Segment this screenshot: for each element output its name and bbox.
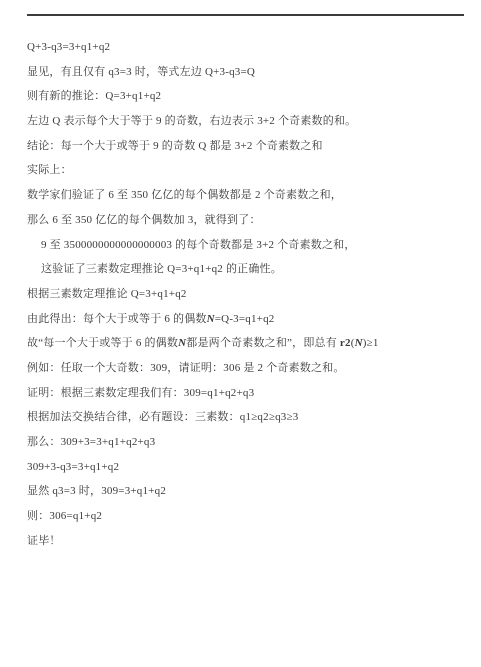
text-segment: 实际上： — [27, 164, 72, 176]
text-segment: 故“每一个大于或等于 6 的偶数 — [27, 337, 178, 349]
text-segment: 309+3-q3=3+q1+q2 — [27, 461, 119, 473]
horizontal-rule — [27, 14, 464, 16]
text-segment: 根据加法交换结合律，必有题设：三素数：q1≥q2≥q3≥3 — [27, 411, 298, 423]
paragraph: 则有新的推论：Q=3+q1+q2 — [27, 89, 467, 103]
paragraph: 证毕！ — [27, 534, 467, 548]
text-segment: 那么 6 至 350 亿亿的每个偶数加 3，就得到了： — [27, 214, 261, 226]
paragraph: 例如：任取一个大奇数：309，请证明：306 是 2 个奇素数之和。 — [27, 361, 467, 375]
document-body: Q+3-q3=3+q1+q2显见，有且仅有 q3=3 时，等式左边 Q+3-q3… — [27, 40, 467, 558]
paragraph: 由此得出：每个大于或等于 6 的偶数N=Q-3=q1+q2 — [27, 312, 467, 326]
paragraph: 那么：309+3=3+q1+q2+q3 — [27, 435, 467, 449]
text-segment: 证毕！ — [27, 535, 61, 547]
text-segment: 这验证了三素数定理推论 Q=3+q1+q2 的正确性。 — [41, 263, 282, 275]
text-segment: 9 至 3500000000000000003 的每个奇数都是 3+2 个奇素数… — [41, 239, 356, 251]
text-segment: =Q-3=q1+q2 — [215, 313, 275, 325]
paragraph: Q+3-q3=3+q1+q2 — [27, 40, 467, 54]
paragraph: 这验证了三素数定理推论 Q=3+q1+q2 的正确性。 — [27, 262, 467, 276]
paragraph: 309+3-q3=3+q1+q2 — [27, 460, 467, 474]
text-segment: 显见，有且仅有 q3=3 时，等式左边 Q+3-q3=Q — [27, 66, 255, 78]
paragraph: 显见，有且仅有 q3=3 时，等式左边 Q+3-q3=Q — [27, 65, 467, 79]
text-segment: N — [355, 337, 363, 349]
text-segment: 数学家们验证了 6 至 350 亿亿的每个偶数都是 2 个奇素数之和， — [27, 189, 342, 201]
text-segment: 左边 Q 表示每个大于等于 9 的奇数，右边表示 3+2 个奇素数的和。 — [27, 115, 356, 127]
text-segment: 则：306=q1+q2 — [27, 510, 102, 522]
paragraph: 则：306=q1+q2 — [27, 509, 467, 523]
paragraph: 那么 6 至 350 亿亿的每个偶数加 3，就得到了： — [27, 213, 467, 227]
paragraph: 数学家们验证了 6 至 350 亿亿的每个偶数都是 2 个奇素数之和， — [27, 188, 467, 202]
paragraph: 实际上： — [27, 163, 467, 177]
paragraph: 证明：根据三素数定理我们有：309=q1+q2+q3 — [27, 386, 467, 400]
text-segment: 则有新的推论：Q=3+q1+q2 — [27, 90, 161, 102]
paragraph: 结论：每一个大于或等于 9 的奇数 Q 都是 3+2 个奇素数之和 — [27, 139, 467, 153]
text-segment: 根据三素数定理推论 Q=3+q1+q2 — [27, 288, 187, 300]
text-segment: 那么：309+3=3+q1+q2+q3 — [27, 436, 155, 448]
text-segment: 例如：任取一个大奇数：309，请证明：306 是 2 个奇素数之和。 — [27, 362, 345, 374]
paragraph: 显然 q3=3 时，309=3+q1+q2 — [27, 484, 467, 498]
paragraph: 根据加法交换结合律，必有题设：三素数：q1≥q2≥q3≥3 — [27, 410, 467, 424]
paragraph: 故“每一个大于或等于 6 的偶数N都是两个奇素数之和”，即总有 r2(N)≥1 — [27, 336, 467, 350]
text-segment: N — [207, 313, 215, 325]
document-page: Q+3-q3=3+q1+q2显见，有且仅有 q3=3 时，等式左边 Q+3-q3… — [0, 0, 481, 667]
paragraph: 左边 Q 表示每个大于等于 9 的奇数，右边表示 3+2 个奇素数的和。 — [27, 114, 467, 128]
paragraph: 9 至 3500000000000000003 的每个奇数都是 3+2 个奇素数… — [27, 238, 467, 252]
text-segment: )≥1 — [363, 337, 379, 349]
text-segment: Q+3-q3=3+q1+q2 — [27, 41, 110, 53]
text-segment: r2 — [340, 337, 351, 349]
paragraph: 根据三素数定理推论 Q=3+q1+q2 — [27, 287, 467, 301]
text-segment: 结论：每一个大于或等于 9 的奇数 Q 都是 3+2 个奇素数之和 — [27, 140, 323, 152]
text-segment: 都是两个奇素数之和”，即总有 — [186, 337, 340, 349]
text-segment: 显然 q3=3 时，309=3+q1+q2 — [27, 485, 166, 497]
text-segment: 证明：根据三素数定理我们有：309=q1+q2+q3 — [27, 387, 254, 399]
text-segment: 由此得出：每个大于或等于 6 的偶数 — [27, 313, 207, 325]
